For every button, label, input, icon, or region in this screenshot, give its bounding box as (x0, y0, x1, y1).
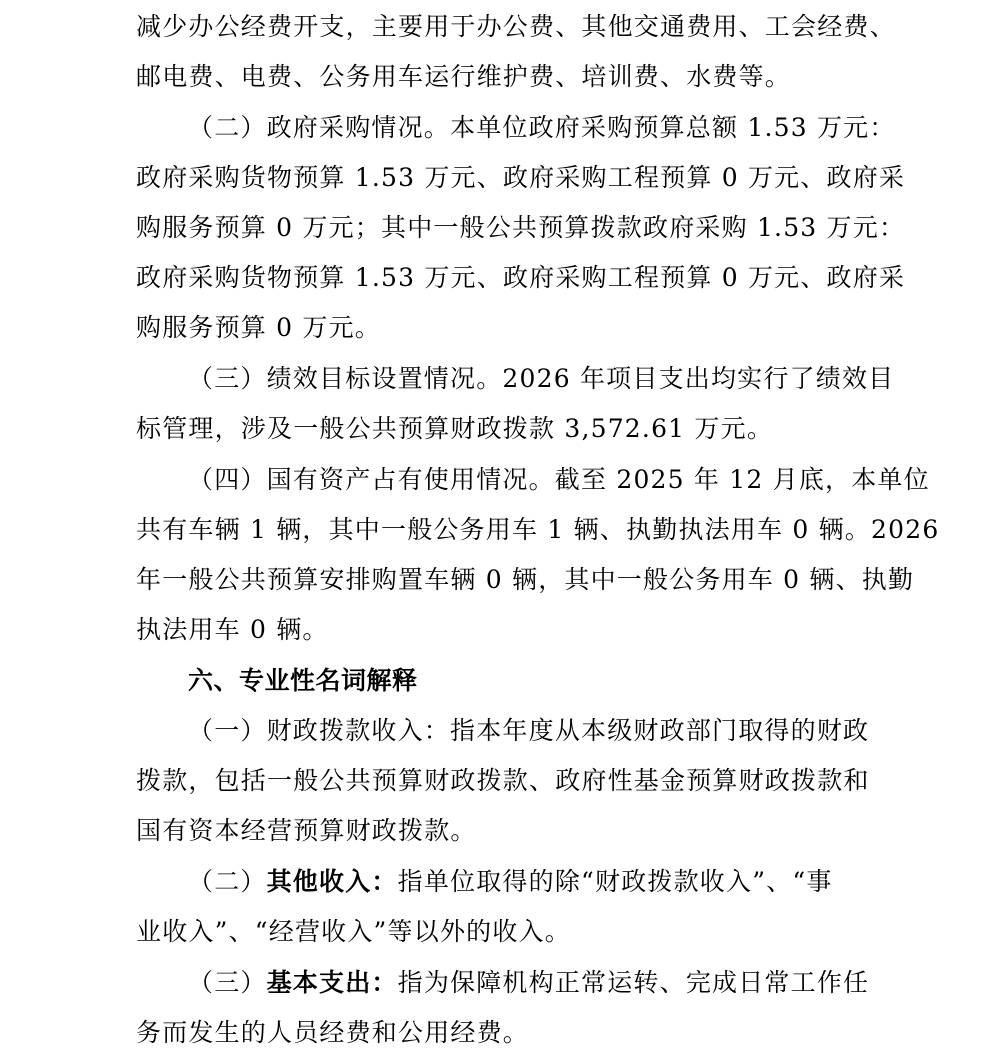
assets-paragraph-line: 执法用车 0 辆。 (136, 605, 329, 655)
term-definition: 指为保障机构正常运转、完成日常工作任 (398, 968, 870, 997)
paragraph-line: 邮电费、电费、公务用车运行维护费、培训费、水费等。 (136, 52, 791, 102)
procurement-paragraph-line: 政府采购货物预算 1.53 万元、政府采购工程预算 0 万元、政府采 (136, 153, 905, 203)
term-prefix: （三） (188, 968, 267, 997)
procurement-paragraph-line: （二）政府采购情况。本单位政府采购预算总额 1.53 万元： (188, 103, 896, 153)
performance-paragraph-line: 标管理，涉及一般公共预算财政拨款 3,572.61 万元。 (136, 404, 773, 454)
term-definition-first-line: （三）基本支出：指为保障机构正常运转、完成日常工作任 (188, 958, 869, 1008)
term-definition-line: 国有资本经营预算财政拨款。 (136, 806, 477, 856)
term-name: 基本支出： (267, 968, 398, 997)
term-definition-line: 拨款，包括一般公共预算财政拨款、政府性基金预算财政拨款和 (136, 756, 870, 806)
assets-paragraph-line: （四）国有资产占有使用情况。截至 2025 年 12 月底，本单位 (188, 455, 930, 505)
procurement-paragraph-line: 购服务预算 0 万元。 (136, 303, 381, 353)
paragraph-line: 减少办公经费开支，主要用于办公费、其他交通费用、工会经费、 (136, 2, 896, 52)
procurement-paragraph-line: 政府采购货物预算 1.53 万元、政府采购工程预算 0 万元、政府采 (136, 253, 905, 303)
term-definition-first-line: （二）其他收入：指单位取得的除“财政拨款收入”、“事 (188, 857, 833, 907)
term-prefix: （一） (188, 716, 267, 745)
term-definition-first-line: （一）财政拨款收入：指本年度从本级财政部门取得的财政 (188, 706, 869, 756)
assets-paragraph-line: 年一般公共预算安排购置车辆 0 辆，其中一般公务用车 0 辆、执勤 (136, 555, 914, 605)
term-prefix: （二） (188, 867, 267, 896)
term-definition-line: 务而发生的人员经费和公用经费。 (136, 1008, 529, 1058)
term-definition-line: 业收入”、“经营收入”等以外的收入。 (136, 907, 571, 957)
term-definition: 指本年度从本级财政部门取得的财政 (450, 716, 869, 745)
term-name: 财政拨款收入： (267, 716, 450, 745)
procurement-paragraph-line: 购服务预算 0 万元；其中一般公共预算拨款政府采购 1.53 万元： (136, 203, 905, 253)
term-name: 其他收入： (267, 867, 398, 896)
assets-paragraph-line: 共有车辆 1 辆，其中一般公务用车 1 辆、执勤执法用车 0 辆。2026 (136, 505, 939, 555)
performance-paragraph-line: （三）绩效目标设置情况。2026 年项目支出均实行了绩效目 (188, 354, 894, 404)
term-definition: 指单位取得的除“财政拨款收入”、“事 (398, 867, 833, 896)
section-heading: 六、专业性名词解释 (188, 656, 418, 706)
